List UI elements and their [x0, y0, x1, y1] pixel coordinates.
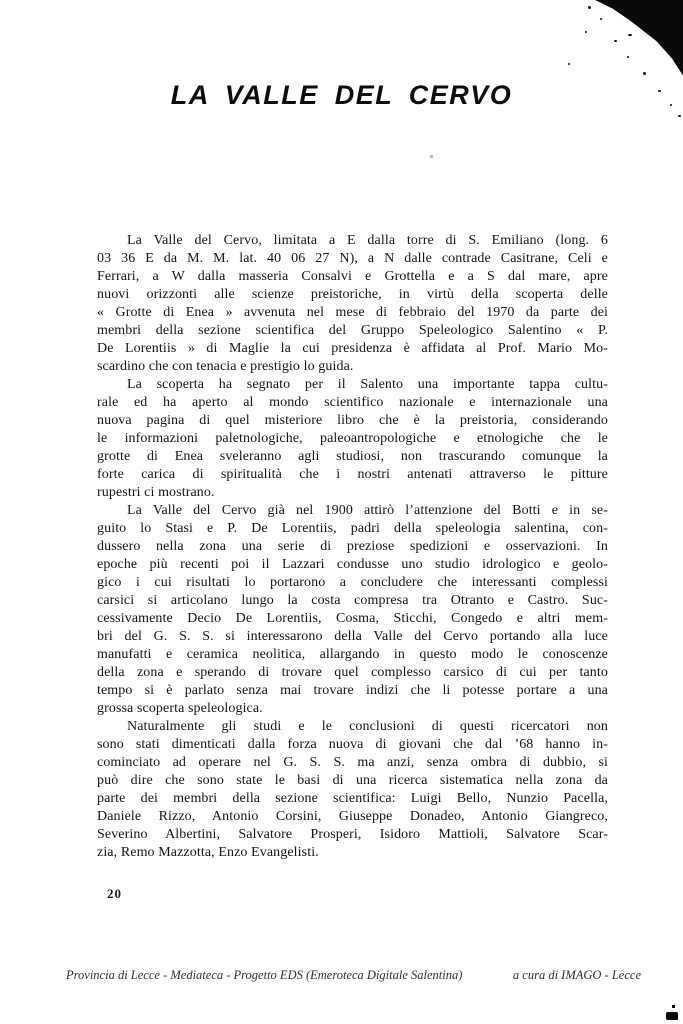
paragraph: La scoperta ha segnato per il Salento un… — [97, 376, 608, 502]
article-body: La Valle del Cervo, limitata a E dalla t… — [97, 232, 608, 862]
scan-speck — [614, 40, 617, 42]
page-number: 20 — [107, 886, 122, 902]
text-line: grossa scoperta speleologica. — [97, 700, 608, 718]
text-line: della zona e sperando di trovare quel co… — [97, 664, 608, 682]
paragraph: La Valle del Cervo, limitata a E dalla t… — [97, 232, 608, 376]
text-line: parte dei membri della sezione scientifi… — [97, 790, 608, 808]
text-line: le informazioni paletnologiche, paleoant… — [97, 430, 608, 448]
text-line: membri della sezione scientifica del Gru… — [97, 322, 608, 340]
text-line: De Lorentiis » di Maglie la cui presiden… — [97, 340, 608, 358]
paragraph: Naturalmente gli studi e le conclusioni … — [97, 718, 608, 862]
scan-artifact-bottom-right — [666, 1012, 678, 1020]
scan-faint-dot — [430, 155, 433, 158]
text-line: nuovi orizzonti alle scienze preistorich… — [97, 286, 608, 304]
text-line: forte carica di spiritualità che i nostr… — [97, 466, 608, 484]
footer-right-text: a cura di IMAGO - Lecce — [513, 968, 641, 983]
paragraph: La Valle del Cervo già nel 1900 attirò l… — [97, 502, 608, 718]
text-line: zia, Remo Mazzotta, Enzo Evangelisti. — [97, 844, 608, 862]
text-line: 03 36 E da M. M. lat. 40 06 27 N), a N d… — [97, 250, 608, 268]
text-line: cessivamente Decio De Lorentiis, Cosma, … — [97, 610, 608, 628]
text-line: gico i cui risultati lo portarono a conc… — [97, 574, 608, 592]
footer-left-text: Provincia di Lecce - Mediateca - Progett… — [66, 968, 462, 983]
text-line: bri del G. S. S. si interessarono della … — [97, 628, 608, 646]
scan-speck — [600, 18, 602, 20]
scan-artifact-top-right — [573, 0, 683, 86]
text-line: scardino che con tenacia e prestigio lo … — [97, 358, 608, 376]
text-line: rupestri ci mostrano. — [97, 484, 608, 502]
text-line: carsici si articolano lungo la costa com… — [97, 592, 608, 610]
text-line: « Grotte di Enea » avvenuta nel mese di … — [97, 304, 608, 322]
scan-speck — [568, 63, 570, 65]
text-line: tempo si è parlato senza mai trovare ind… — [97, 682, 608, 700]
text-line: La Valle del Cervo, limitata a E dalla t… — [97, 232, 608, 250]
text-line: sono stati dimenticati dalla forza nuova… — [97, 736, 608, 754]
scan-speck — [643, 72, 646, 75]
text-line: manufatti e ceramica neolitica, allargan… — [97, 646, 608, 664]
scanned-document-page: LA VALLE DEL CERVO La Valle del Cervo, l… — [0, 0, 683, 1024]
scan-speck — [678, 115, 681, 117]
scan-speck — [672, 1005, 675, 1008]
text-line: rale ed ha aperto al mondo scientifico n… — [97, 394, 608, 412]
text-line: Ferrari, a W dalla masseria Consalvi e G… — [97, 268, 608, 286]
page-title: LA VALLE DEL CERVO — [0, 80, 683, 111]
scan-speck — [628, 34, 632, 36]
text-line: cominciato ad operare nel G. S. S. ma an… — [97, 754, 608, 772]
text-line: Severino Albertini, Salvatore Prosperi, … — [97, 826, 608, 844]
text-line: dussero nella zona una serie di preziose… — [97, 538, 608, 556]
scan-speck — [588, 6, 591, 9]
scan-speck — [585, 31, 587, 33]
text-line: La Valle del Cervo già nel 1900 attirò l… — [97, 502, 608, 520]
text-line: Naturalmente gli studi e le conclusioni … — [97, 718, 608, 736]
text-line: La scoperta ha segnato per il Salento un… — [97, 376, 608, 394]
text-line: guito lo Stasi e P. De Lorentiis, padri … — [97, 520, 608, 538]
text-line: nuova pagina di quel misteriore libro ch… — [97, 412, 608, 430]
text-line: epoche più recenti poi il Lazzari condus… — [97, 556, 608, 574]
scan-speck — [627, 56, 629, 58]
text-line: grotte di Enea sveleranno agli studiosi,… — [97, 448, 608, 466]
text-line: può dire che sono state le basi di una r… — [97, 772, 608, 790]
footer: Provincia di Lecce - Mediateca - Progett… — [66, 968, 641, 983]
text-line: Daniele Rizzo, Antonio Corsini, Giuseppe… — [97, 808, 608, 826]
